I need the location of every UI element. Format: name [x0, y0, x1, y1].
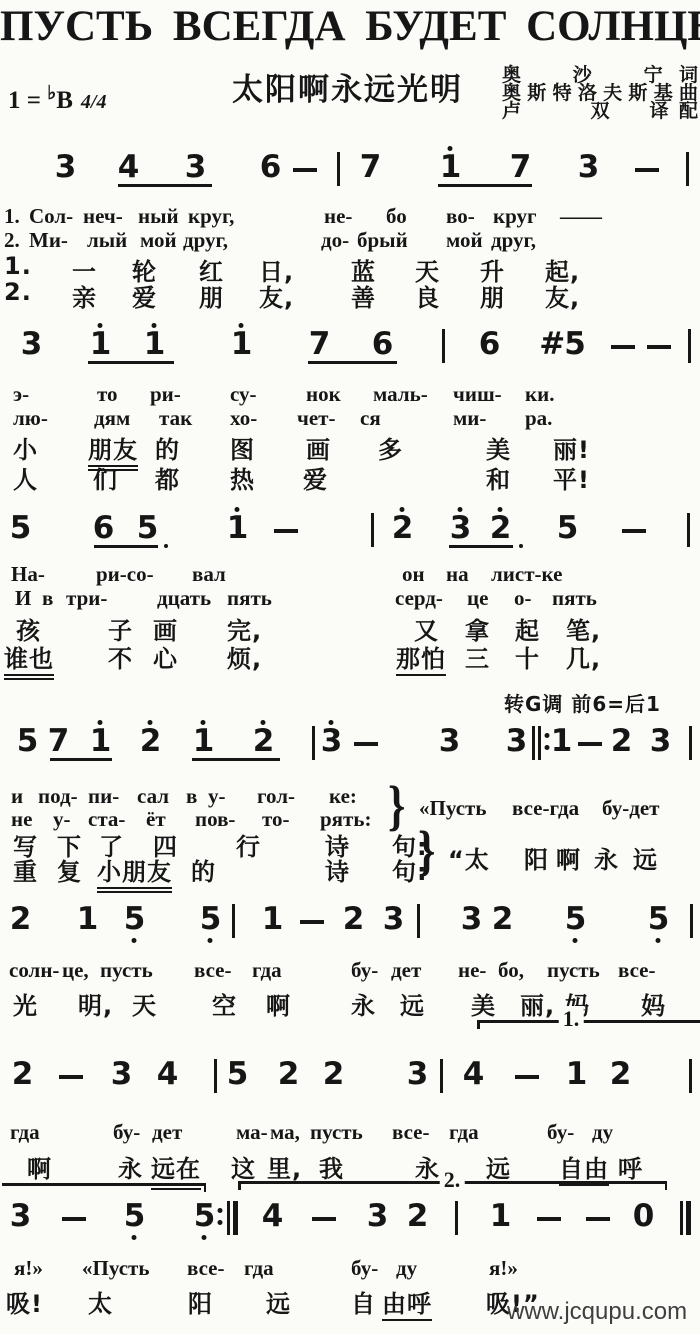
note-digit: 3 [185, 152, 206, 183]
note-digit: 3 [578, 152, 599, 183]
note-digit: 3 [21, 329, 42, 360]
lyric-syllable-ru: пусть [547, 958, 600, 983]
note-dash [611, 345, 635, 349]
note-digit: 1 [440, 152, 461, 183]
note-digit: 4 [157, 1059, 178, 1090]
lyric-syllable-cn: 诗 [325, 852, 350, 887]
lyric-syllable-ru: пусть [310, 1120, 363, 1145]
note-digit: 2 [611, 726, 632, 757]
lyric-syllable-cn: 里, [267, 1149, 302, 1184]
lyric-syllable-ru: ный [138, 204, 179, 229]
lyric-syllable-cn: “太 [448, 840, 490, 875]
barline [417, 904, 420, 938]
note-digit: 3 [450, 513, 471, 544]
note-digit: 5 [124, 1201, 145, 1232]
watermark-url: www.jcqupu.com [507, 1298, 687, 1326]
lyric-syllable-cn: 三 [465, 639, 490, 674]
lyric-syllable-ru: под- [38, 784, 78, 809]
octave-dot-high [201, 720, 206, 725]
lyric-syllable-ru: я!» [489, 1256, 518, 1281]
lyric-syllable-cn: 小朋友 [97, 852, 172, 889]
note-digit: 1 [77, 904, 98, 935]
repeat-dot [545, 733, 550, 738]
note-digit: 3 [439, 726, 460, 757]
lyric-syllable-cn: 光 [13, 986, 38, 1021]
lyric-syllable-ru: маль- [373, 382, 428, 407]
lyric-syllable-ru: ри-со- [96, 562, 154, 587]
lyric-syllable-ru: и [11, 784, 23, 809]
lyric-syllable-ru: друг, [183, 228, 228, 253]
note-digit: 5 [565, 904, 586, 935]
lyric-syllable-ru: лю- [13, 406, 48, 431]
octave-dot-high [152, 323, 157, 328]
note-digit: 7 [48, 726, 69, 757]
lyric-syllable-ru: гда [244, 1256, 274, 1281]
lyric-syllable-ru: серд- [395, 586, 443, 611]
lyric-syllable-cn: 心 [153, 639, 178, 674]
volta-bracket-line [477, 1020, 700, 1023]
lyric-syllable-cn: 都 [155, 460, 180, 495]
lyric-syllable-ru: ма, [270, 1120, 300, 1145]
lyric-syllable-ru: все- [392, 1120, 430, 1145]
lyric-syllable-cn: 啊 [556, 840, 581, 875]
note-dash [622, 529, 646, 533]
lyric-syllable-cn: 永 [415, 1149, 440, 1184]
lyric-syllable-cn: 远 [266, 1284, 291, 1319]
note-digit: 2 [343, 904, 364, 935]
song-title-russian: ПУСТЬ ВСЕГДА БУДЕТ СОЛНЦЕ! [0, 2, 700, 51]
lyric-syllable-cn: 永 [118, 1149, 143, 1184]
final-barline-thin [680, 1201, 683, 1235]
barline [442, 329, 445, 363]
lyric-syllable-cn: 永 [594, 840, 619, 875]
note-digit: 1 [227, 513, 248, 544]
lyric-syllable-ru: су- [230, 382, 257, 407]
note-digit: 1 [144, 329, 165, 360]
lyric-syllable-cn: 由呼 [382, 1284, 432, 1321]
note-digit: 6 [93, 513, 114, 544]
repeat-start-barline [538, 726, 541, 760]
note-dash [312, 1217, 336, 1221]
note-digit: 1 [551, 726, 572, 757]
lyric-syllable-cn: 的 [191, 852, 216, 887]
lyric-syllable-cn: 良 [415, 278, 440, 313]
volta-label: 2. [440, 1167, 465, 1193]
lyric-syllable-ru: в [186, 784, 197, 809]
lyric-syllable-cn: 远 [400, 986, 425, 1021]
lyric-syllable-ru: гда [449, 1120, 479, 1145]
lyric-syllable-cn: 啊 [27, 1149, 52, 1184]
note-dash [354, 742, 378, 746]
lyric-syllable-ru: во- [446, 204, 475, 229]
repeat-end-barline [227, 1201, 230, 1235]
note-digit: 3 [10, 1201, 31, 1232]
barline [687, 513, 690, 547]
lyric-syllable-ru: все-гда [512, 796, 579, 821]
lyric-syllable-ru: я!» [14, 1256, 43, 1281]
octave-dot-high [235, 507, 240, 512]
lyric-syllable-cn: 那怕 [396, 639, 446, 676]
note-dash [293, 168, 317, 172]
beam-end-dot [519, 544, 523, 548]
lyric-syllable-cn: 妈 [641, 986, 666, 1021]
volta-bracket-hook [238, 1181, 241, 1190]
repeat-dot [218, 1220, 223, 1225]
barline [214, 1059, 217, 1093]
note-digit: 7 [309, 329, 330, 360]
note-digit: 4 [463, 1059, 484, 1090]
note-digit: 5 [194, 1201, 215, 1232]
note-digit: 3 [111, 1059, 132, 1090]
lyric-syllable-cn: 爱 [303, 460, 328, 495]
beam-line [118, 184, 212, 187]
lyric-syllable-ru: Ми- [29, 228, 68, 253]
lyric-syllable-cn: 1. [4, 252, 32, 280]
lyric-syllable-cn: 行 [236, 827, 261, 862]
lyric-syllable-cn: 和 [486, 460, 511, 495]
barline [686, 152, 689, 186]
lyric-syllable-ru: дям [94, 406, 130, 431]
lyric-syllable-ru: гда [252, 958, 282, 983]
lyric-syllable-ru: неч- [83, 204, 123, 229]
octave-dot-high [329, 720, 334, 725]
lyric-syllable-cn: 谁也 [4, 639, 54, 676]
lyric-syllable-cn: 友, [545, 278, 580, 313]
note-digit: 2 [407, 1201, 428, 1232]
lyric-syllable-ru: не- [324, 204, 352, 229]
barline [689, 726, 692, 760]
lyric-syllable-ru: ри- [150, 382, 181, 407]
lyric-syllable-ru: «Пусть [419, 796, 486, 821]
lyric-syllable-cn: 爱 [132, 278, 157, 313]
note-digit: 2 [610, 1059, 631, 1090]
lyric-syllable-cn: 我 [319, 1149, 344, 1184]
lyric-syllable-cn: 美 [471, 986, 496, 1021]
octave-dot-high [98, 323, 103, 328]
volta-bracket-hook [477, 1020, 480, 1029]
note-digit: 5 [137, 513, 158, 544]
octave-dot-low [132, 1235, 137, 1240]
lyric-syllable-ru: гда [10, 1120, 40, 1145]
lyric-syllable-cn: 吸! [6, 1284, 43, 1319]
note-digit: 5 [10, 513, 31, 544]
beam-line [192, 758, 280, 761]
beam-line [308, 361, 397, 364]
note-digit: 2 [12, 1059, 33, 1090]
lyric-syllable-ru: сал [137, 784, 169, 809]
lyric-syllable-ru: вал [192, 562, 226, 587]
lyric-syllable-ru: дет [152, 1120, 182, 1145]
note-digit: 4 [118, 152, 139, 183]
lyric-syllable-ru: нок [306, 382, 341, 407]
sheet-music-page: ПУСТЬ ВСЕГДА БУДЕТ СОЛНЦЕ! 太阳啊永远光明 1 = ♭… [0, 0, 700, 1334]
key-tonic: B [56, 87, 73, 114]
lyric-syllable-ru: дцать [157, 586, 211, 611]
note-digit: 2 [278, 1059, 299, 1090]
lyric-syllable-cn: 朋 [199, 278, 224, 313]
barline [232, 904, 235, 938]
lyric-syllable-cn: 平! [553, 460, 590, 495]
lyric-syllable-ru: бу- [351, 1256, 378, 1281]
note-digit: 1 [90, 329, 111, 360]
lyric-syllable-ru: И [15, 586, 31, 611]
note-digit: 7 [510, 152, 531, 183]
note-digit: 1 [566, 1059, 587, 1090]
key-signature: 1 = ♭B4/4 [8, 82, 106, 115]
lyric-syllable-ru: мой [446, 228, 483, 253]
lyric-syllable-ru: пять [552, 586, 597, 611]
octave-dot-high [239, 323, 244, 328]
barline [371, 513, 374, 547]
lyric-syllable-ru: ки. [525, 382, 554, 407]
lyric-syllable-ru: чет- [297, 406, 335, 431]
lyric-syllable-ru: це [467, 586, 488, 611]
lyric-syllable-cn: 啊 [266, 986, 291, 1021]
note-digit: 2 [253, 726, 274, 757]
credits-block: 奥 沙 宁词 奥斯特洛夫斯基曲 卢 双 译配 [502, 66, 698, 120]
repeat-dot [218, 1208, 223, 1213]
lyric-syllable-cn: 太 [88, 1284, 113, 1319]
lyric-syllable-cn: 十 [515, 639, 540, 674]
lyric-syllable-cn: 这 [231, 1149, 256, 1184]
note-digit: #5 [539, 329, 585, 360]
repeat-start-barline [532, 726, 535, 760]
barline [688, 329, 691, 363]
lyric-syllable-cn: 空 [212, 986, 237, 1021]
note-dash [62, 1217, 86, 1221]
note-digit: 3 [407, 1059, 428, 1090]
lyric-syllable-ru: хо- [230, 406, 257, 431]
lyric-syllable-ru: э- [13, 382, 29, 407]
lyric-syllable-ru: на [446, 562, 469, 587]
note-dash [300, 920, 324, 924]
lyric-syllable-cn: 远在 [151, 1149, 201, 1186]
barline [337, 152, 340, 186]
lyric-syllable-ru: пи- [88, 784, 119, 809]
note-digit: 7 [360, 152, 381, 183]
beam-line [438, 184, 532, 187]
repeat-dot [545, 745, 550, 750]
note-digit: 2 [10, 904, 31, 935]
lyric-syllable-cn: 永 [351, 986, 376, 1021]
lyric-syllable-cn: 2. [4, 278, 32, 306]
note-digit: 5 [200, 904, 221, 935]
lyric-syllable-cn: 远 [486, 1149, 511, 1184]
note-dash [515, 1075, 539, 1079]
beam-line [88, 361, 174, 364]
octave-dot-low [208, 938, 213, 943]
lyric-syllable-cn: 友, [259, 278, 294, 313]
note-digit: 0 [633, 1201, 654, 1232]
octave-dot-low [573, 938, 578, 943]
lyric-syllable-ru: бо [386, 204, 407, 229]
lyric-syllable-ru: ду [396, 1256, 417, 1281]
lyric-syllable-ru: пять [227, 586, 272, 611]
note-digit: 4 [262, 1201, 283, 1232]
octave-dot-high [448, 146, 453, 151]
note-digit: 2 [490, 513, 511, 544]
lyric-syllable-ru: пусть [100, 958, 153, 983]
lyric-syllable-cn: 天 [132, 986, 157, 1021]
lyric-syllable-ru: то- [262, 807, 290, 832]
note-digit: 1 [90, 726, 111, 757]
lyrics-brace: } [418, 824, 435, 879]
octave-dot-low [202, 1235, 207, 1240]
note-digit: 1 [490, 1201, 511, 1232]
note-digit: 3 [650, 726, 671, 757]
lyric-syllable-ru: ся [360, 406, 381, 431]
octave-dot-low [656, 938, 661, 943]
lyric-syllable-ru: до- [321, 228, 349, 253]
lyric-syllable-ru: все- [194, 958, 232, 983]
note-dash [578, 742, 602, 746]
lyric-syllable-ru: гол- [257, 784, 295, 809]
credit-translator: 卢 双 译配 [502, 102, 698, 120]
lyric-syllable-ru: Сол- [29, 204, 73, 229]
lyrics-brace: } [388, 779, 405, 834]
note-digit: 6 [479, 329, 500, 360]
note-dash [59, 1075, 83, 1079]
volta-label: 1. [559, 1006, 584, 1032]
lyric-syllable-ru: то [97, 382, 118, 407]
barline [312, 726, 315, 760]
note-digit: 2 [323, 1059, 344, 1090]
volta-bracket-hook [665, 1181, 668, 1190]
octave-dot-high [98, 720, 103, 725]
lyric-syllable-ru: мой [140, 228, 177, 253]
barline [455, 1201, 458, 1235]
lyric-syllable-ru: он [402, 562, 425, 587]
note-digit: 3 [55, 152, 76, 183]
note-digit: 5 [557, 513, 578, 544]
lyric-syllable-ru: все- [618, 958, 656, 983]
lyric-syllable-ru: ке: [329, 784, 357, 809]
repeat-end-barline [233, 1201, 238, 1235]
lyric-syllable-ru: бу- [351, 958, 378, 983]
lyric-syllable-ru: круг, [188, 204, 234, 229]
flat-sign: ♭ [47, 83, 56, 104]
note-digit: 6 [260, 152, 281, 183]
time-signature: 4/4 [81, 91, 107, 113]
note-dash [537, 1217, 561, 1221]
lyric-syllable-cn: 重 [13, 852, 38, 887]
note-digit: 5 [17, 726, 38, 757]
final-barline-thick [686, 1201, 691, 1235]
octave-dot-low [132, 938, 137, 943]
lyric-syllable-cn: 们 [93, 460, 118, 495]
lyric-syllable-ru: все- [187, 1256, 225, 1281]
lyric-syllable-cn: 善 [351, 278, 376, 313]
barline [690, 904, 693, 938]
lyric-syllable-cn: 亲 [72, 278, 97, 313]
beam-end-dot [164, 544, 168, 548]
lyric-syllable-ru: так [159, 406, 192, 431]
lyric-syllable-ru: не- [458, 958, 486, 983]
note-dash [274, 529, 298, 533]
lyric-syllable-ru: лый [87, 228, 127, 253]
octave-dot-high [261, 720, 266, 725]
lyric-syllable-ru: бу- [547, 1120, 574, 1145]
lyric-syllable-ru: ду [592, 1120, 613, 1145]
note-digit: 2 [492, 904, 513, 935]
lyric-syllable-ru: дет [391, 958, 421, 983]
lyric-syllable-cn: 远 [633, 840, 658, 875]
lyric-syllable-cn: 多 [378, 430, 403, 465]
octave-dot-high [400, 507, 405, 512]
volta-bracket-hook [204, 1183, 207, 1192]
note-dash [647, 345, 671, 349]
lyric-syllable-cn: 呼 [618, 1149, 643, 1184]
note-digit: 1 [262, 904, 283, 935]
lyric-syllable-cn: 朋 [480, 278, 505, 313]
lyric-syllable-cn: 丽, [520, 986, 555, 1021]
lyric-syllable-cn: 自 [351, 1284, 376, 1319]
lyric-syllable-ru: ми- [453, 406, 486, 431]
lyric-syllable-cn: 烦, [227, 639, 262, 674]
note-digit: 1 [231, 329, 252, 360]
lyric-syllable-ru: у- [208, 784, 226, 809]
lyric-syllable-cn: 不 [108, 639, 133, 674]
lyric-syllable-ru: «Пусть [82, 1256, 149, 1281]
lyric-syllable-ru: три- [66, 586, 107, 611]
lyric-syllable-cn: 人 [13, 460, 38, 495]
lyric-syllable-cn: 阳 [188, 1284, 213, 1319]
lyric-syllable-ru: пов- [195, 807, 235, 832]
lyric-syllable-ru: 2. [4, 228, 20, 253]
beam-line [449, 545, 513, 548]
beam-line [50, 758, 112, 761]
lyric-syllable-ru: 1. [4, 204, 20, 229]
note-digit: 5 [124, 904, 145, 935]
lyric-syllable-cn: 几, [566, 639, 601, 674]
lyric-syllable-ru: брый [357, 228, 408, 253]
volta-bracket-line [2, 1183, 206, 1186]
note-digit: 3 [506, 726, 527, 757]
song-title-chinese: 太阳啊永远光明 [232, 64, 463, 109]
barline [689, 1059, 692, 1093]
lyric-syllable-ru: в [42, 586, 53, 611]
octave-dot-high [498, 507, 503, 512]
lyric-syllable-ru: о- [514, 586, 532, 611]
barline [440, 1059, 443, 1093]
beam-line [94, 545, 158, 548]
note-digit: 5 [648, 904, 669, 935]
note-digit: 6 [372, 329, 393, 360]
note-digit: 2 [392, 513, 413, 544]
note-digit: 5 [227, 1059, 248, 1090]
lyric-syllable-ru: солн- [9, 958, 59, 983]
lyric-syllable-ru: бо, [498, 958, 524, 983]
lyric-syllable-ru: На- [11, 562, 45, 587]
lyric-syllable-cn: 明, [78, 986, 113, 1021]
note-digit: 1 [193, 726, 214, 757]
note-digit: 3 [321, 726, 342, 757]
octave-dot-high [148, 720, 153, 725]
note-dash [586, 1217, 610, 1221]
note-digit: 3 [367, 1201, 388, 1232]
lyric-syllable-ru: ма- [236, 1120, 268, 1145]
lyric-syllable-ru: круг [493, 204, 537, 229]
lyric-syllable-ru: бу- [113, 1120, 140, 1145]
octave-dot-high [458, 507, 463, 512]
lyric-syllable-ru: лист-ке [491, 562, 562, 587]
lyric-syllable-ru: чиш- [453, 382, 502, 407]
note-dash [635, 168, 659, 172]
lyric-syllable-ru: —— [560, 204, 602, 229]
note-digit: 3 [383, 904, 404, 935]
note-digit: 2 [140, 726, 161, 757]
lyric-syllable-cn: 复 [57, 852, 82, 887]
